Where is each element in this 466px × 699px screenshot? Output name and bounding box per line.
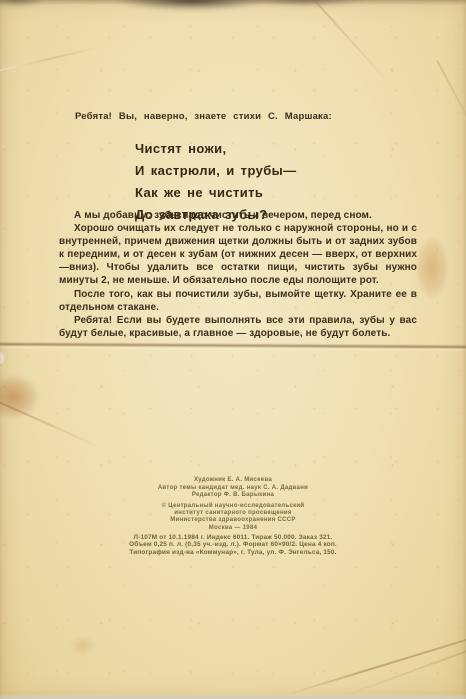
stain (416, 238, 448, 298)
scanned-leaflet: { "document": { "language": "ru", "intro… (0, 0, 466, 699)
scan-smudge (238, 0, 368, 7)
publisher-line: © Центральный научно-исследовательский (0, 503, 466, 510)
credit-line: Автор темы кандидат мед. наук С. А. Дадв… (0, 485, 466, 493)
imprint-line: Типография изд-ва «Коммунар», г. Тула, у… (0, 549, 466, 556)
body-text: А мы добавим: зубы надо чистить и вечеро… (59, 209, 417, 340)
publisher-line: институт санитарного просвещения (0, 510, 466, 517)
publisher-block: © Центральный научно-исследовательский и… (0, 503, 466, 532)
torn-edge-nick (0, 352, 4, 364)
paragraph: После того, как вы почистили зубы, вымой… (59, 288, 417, 314)
scan-edge-strip (0, 694, 466, 699)
imprint-block: Л-107М от 10.1.1984 г. Индекс 6011. Тира… (0, 534, 466, 556)
credit-line: Редактор Ф. В. Барыкина (0, 492, 466, 500)
diagonal-crease (437, 60, 466, 167)
paragraph: А мы добавим: зубы надо чистить и вечеро… (59, 209, 417, 222)
credit-line: Художник Е. А. Мисеева (0, 477, 466, 485)
intro-line: Ребята! Вы, наверно, знаете стихи С. Мар… (75, 111, 332, 122)
diagonal-crease (311, 0, 393, 87)
diagonal-crease (285, 630, 466, 696)
credits-block: Художник Е. А. Мисеева Автор темы кандид… (0, 477, 466, 500)
publisher-line: Министерства здравоохранения СССР (0, 517, 466, 524)
poem-line: Чистят ножи, (135, 138, 297, 160)
scan-smudge (0, 0, 46, 8)
aged-paper-background: Ребята! Вы, наверно, знаете стихи С. Мар… (0, 0, 466, 699)
imprint-line: Объем 0,25 п. л. (0,35 уч.-изд. л.). Фор… (0, 541, 466, 548)
stain (70, 636, 96, 656)
diagonal-crease (0, 46, 103, 72)
horizontal-fold-crease (0, 342, 466, 352)
poem-line: И кастрюли, и трубы— (135, 160, 297, 182)
poem-line: Как же не чистить (135, 182, 297, 204)
publisher-line: Москва — 1984 (0, 525, 466, 532)
paragraph: Ребята! Если вы будете выполнять все эти… (59, 314, 417, 340)
paragraph: Хорошо очищать их следует не только с на… (59, 222, 417, 287)
